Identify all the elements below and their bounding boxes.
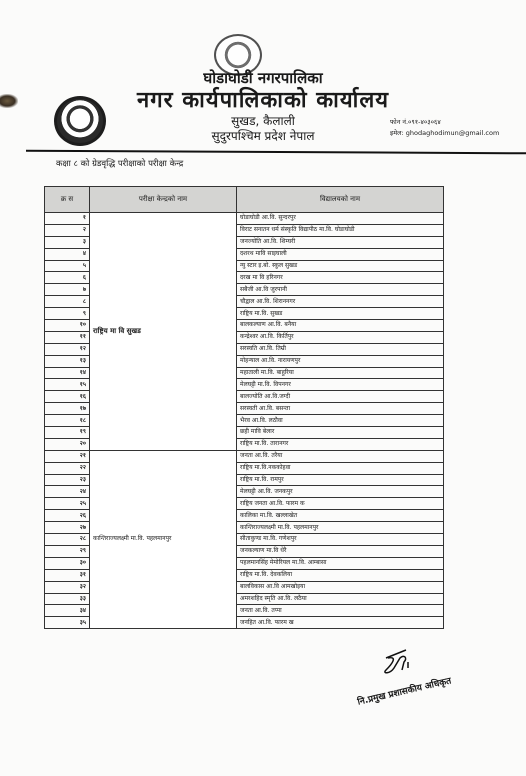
school-name: जनता आ.वि. तरैया [237, 450, 444, 462]
school-name: सबैजी आ.वि जुरपानी [237, 284, 444, 296]
serial-number: २७ [45, 522, 90, 534]
serial-number: ८ [45, 296, 90, 308]
header-sn: क्र स [45, 187, 90, 213]
school-name: अमरशहिद स्मृति आ.वि. लठैया [237, 593, 444, 605]
contact-info: फोन नं.०९१-४०३०६४ इमेल: ghodaghodimun@gm… [390, 117, 499, 139]
exam-center-table: क्र स परीक्षा केन्द्रको नाम विद्यालयको न… [44, 186, 444, 629]
serial-number: १८ [45, 415, 90, 427]
school-name: जनता आ.वि. तप्पा [237, 605, 444, 617]
serial-number: १० [45, 320, 90, 332]
serial-number: २३ [45, 474, 90, 486]
serial-number: ३४ [45, 605, 90, 617]
office-name: नगर कार्यपालिकाको कार्यालय [0, 84, 526, 114]
serial-number: २८ [45, 534, 90, 546]
school-name: राष्ट्रिय मा.वि.नककोहवा [237, 462, 444, 474]
phone: फोन नं.०९१-४०३०६४ [390, 117, 499, 128]
serial-number: १४ [45, 367, 90, 379]
serial-number: ३ [45, 236, 90, 248]
school-name: सीताकुण्ड मा.वि. गणेशपुर [237, 534, 444, 546]
school-name: सरस्वति आ.वि. तिम्री [237, 343, 444, 355]
school-name: सरस्वती आ.वि. बसन्ता [237, 403, 444, 415]
serial-number: ११ [45, 331, 90, 343]
school-name: दरख मा वि हरिनगर [237, 272, 444, 284]
serial-number: ५ [45, 260, 90, 272]
exam-center-name: राष्ट्रिय मा वि सुखड [90, 213, 237, 451]
school-name: मेलघट्टी आ.वि. जनकपुर [237, 486, 444, 498]
school-name: न्यु स्टार इ.बो. स्कुल सुखड [237, 260, 444, 272]
school-name: भैरव आ.वि. लठौवा [237, 415, 444, 427]
header-school: विद्यालयको नाम [237, 187, 444, 213]
serial-number: २६ [45, 510, 90, 522]
school-name: महाताली मा.वि. बाहुरिया [237, 367, 444, 379]
school-name: दशरथ मावि साइघाली [237, 248, 444, 260]
school-name: घोडाघोडी आ.वि. सुन्दरपुर [237, 213, 444, 225]
serial-number: २ [45, 224, 90, 236]
serial-number: १९ [45, 427, 90, 439]
serial-number: ३० [45, 557, 90, 569]
serial-number: ९ [45, 308, 90, 320]
serial-number: ७ [45, 284, 90, 296]
school-name: राष्ट्रिय मा.वि. सुखड [237, 308, 444, 320]
table-row: १राष्ट्रिय मा वि सुखडघोडाघोडी आ.वि. सुन्… [45, 213, 444, 225]
email: इमेल: ghodaghodimun@gmail.com [390, 128, 499, 139]
exam-center-name: कान्तिराज्यलक्ष्मी मा.वि. पहलमानपुर [90, 450, 237, 628]
serial-number: २९ [45, 545, 90, 557]
serial-number: २१ [45, 450, 90, 462]
school-name: बालविकास आ.वि आमखोइया [237, 581, 444, 593]
table-header-row: क्र स परीक्षा केन्द्रको नाम विद्यालयको न… [45, 187, 444, 213]
serial-number: २० [45, 438, 90, 450]
school-name: मेलघट्टी मा.वि. विपनगर [237, 379, 444, 391]
serial-number: २४ [45, 486, 90, 498]
school-name: पहलमानसिंह मेमोरियल मा.वि. आम्बासा [237, 557, 444, 569]
school-name: मोहन्याल आ.वि. नारायणपुर [237, 355, 444, 367]
school-name: राष्ट्रिय जनता आ.वि. फारम क [237, 498, 444, 510]
serial-number: १५ [45, 379, 90, 391]
serial-number: १ [45, 213, 90, 225]
signatory-title: नि.प्रमुख प्रशासकीय अधिकृत [356, 673, 452, 707]
school-name: बालज्योति आ.वि.जग्दी [237, 391, 444, 403]
school-name: कान्तिराज्यलक्ष्मी मा.वि. पहलमानपुर [237, 522, 444, 534]
document-subtitle: कक्षा ८ को ग्रेडवृद्धि परीक्षाको परीक्षा… [56, 158, 183, 169]
school-name: राष्ट्रिय मा.वि. देवकलिया [237, 569, 444, 581]
school-name: कालिका मा.वि. खल्लाखेत [237, 510, 444, 522]
table-row: २१कान्तिराज्यलक्ष्मी मा.वि. पहलमानपुरजनत… [45, 450, 444, 462]
serial-number: २२ [45, 462, 90, 474]
school-name: जनकल्याण मा.वि धेरै [237, 545, 444, 557]
serial-number: ३२ [45, 581, 90, 593]
school-name: बालकल्याण आ.वि. बनैया [237, 320, 444, 332]
serial-number: १६ [45, 391, 90, 403]
serial-number: १७ [45, 403, 90, 415]
school-name: छही मावि बेलार [237, 427, 444, 439]
serial-number: १२ [45, 343, 90, 355]
school-name: विराट सनातन धर्म संस्कृति विद्यापीठ मा.व… [237, 224, 444, 236]
serial-number: १३ [45, 355, 90, 367]
signature [378, 648, 418, 676]
serial-number: २५ [45, 498, 90, 510]
header-divider [26, 150, 526, 155]
serial-number: ४ [45, 248, 90, 260]
school-name: राष्ट्रिय मा.वि. रामपुर [237, 474, 444, 486]
serial-number: ३५ [45, 617, 90, 629]
school-name: कन्द्रेश्वर आ.वि. किर्तिपुर [237, 331, 444, 343]
serial-number: ६ [45, 272, 90, 284]
school-name: चौद्वाल आ.वि. शिराननगर [237, 296, 444, 308]
header-center: परीक्षा केन्द्रको नाम [90, 187, 237, 213]
school-name: जनज्योति आ.वि. शिम्घरी [237, 236, 444, 248]
serial-number: ३३ [45, 593, 90, 605]
school-name: राष्ट्रिय मा.वि. तारानगर [237, 438, 444, 450]
school-name: जनहित आ.वि. फारम ख [237, 617, 444, 629]
table-body: १राष्ट्रिय मा वि सुखडघोडाघोडी आ.वि. सुन्… [45, 213, 444, 629]
serial-number: ३१ [45, 569, 90, 581]
